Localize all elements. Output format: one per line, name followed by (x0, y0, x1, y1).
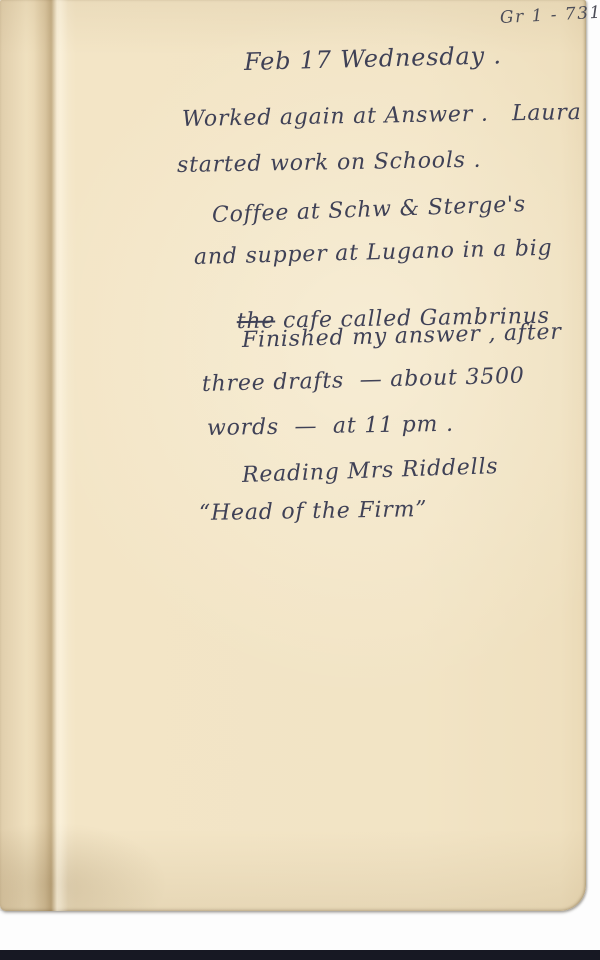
diary-line-p2l2: and supper at Lugano in a big (194, 236, 553, 270)
fold-crease (34, 0, 68, 911)
entry-date-heading: Feb 17 Wednesday . (244, 41, 503, 76)
diary-line-p3l2: three drafts — about 3500 (202, 364, 525, 397)
diary-line-p2l1: Coffee at Schw & Sterge's (212, 192, 527, 228)
diary-line-p1l1: Worked again at Answer . Laura (182, 100, 582, 132)
diary-line-p1l2: started work on Schools . (177, 148, 482, 178)
scanner-bed-edge (0, 950, 600, 960)
diary-page: Gr 1 - 731 Feb 17 Wednesday . Worked aga… (0, 0, 586, 911)
archive-code: Gr 1 - 731 (499, 3, 600, 28)
page-edge-shading (0, 0, 36, 911)
diary-line-p3l3: words — at 11 pm . (207, 412, 454, 441)
diary-line-p4l1: Reading Mrs Riddells (242, 454, 499, 488)
diary-page-scan: Gr 1 - 731 Feb 17 Wednesday . Worked aga… (0, 0, 600, 960)
book-title-quote: “Head of the Firm” (199, 497, 428, 526)
